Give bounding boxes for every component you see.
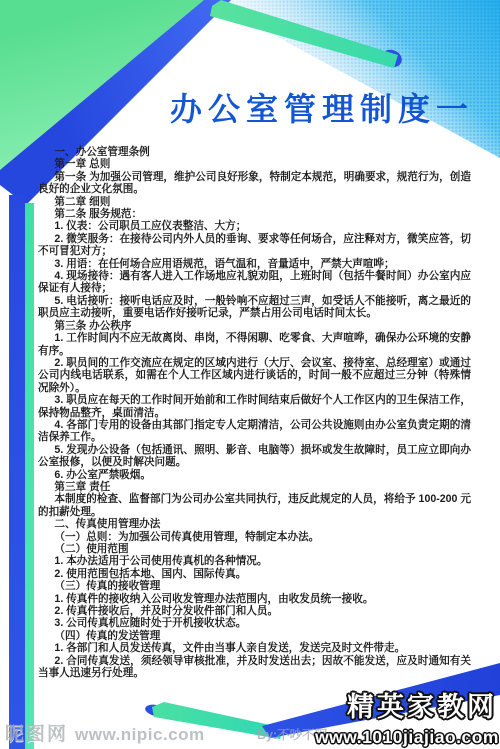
document-paragraph: 1. 仪表：公司职员工应仪表整洁、大方； [38, 220, 471, 232]
document-paragraph: 2. 微笑服务：在接待公司内外人员的垂询、要求等任何场合，应注释对方，微笑应答，… [38, 233, 471, 258]
document-paragraph: 2. 传真件接收后，并及时分发收件部门和人员。 [38, 605, 471, 617]
watermark-nipic-url: www.nipic.com [75, 725, 205, 744]
watermark-nipic: 昵图网www.nipic.com [5, 719, 205, 746]
document-paragraph: 二、传真使用管理办法 [38, 518, 471, 530]
document-paragraph: （三）传真的接收管理 [38, 580, 471, 592]
document-paragraph: 2. 职员间的工作交流应在规定的区域内进行（大厅、会议室、接待室、总经理室）或通… [38, 357, 471, 394]
poster-page: 办公室管理制度一 一、办公室管理条例第一章 总则第一条 为加强公司管理，维护公司… [0, 0, 500, 749]
document-paragraph: 1. 本办法适用于公司使用传真机的各种情况。 [38, 555, 471, 567]
document-paragraph: 4. 各部门专用的设备由其部门指定专人定期清洁，公司公共设施则由办公室负责定期的… [38, 419, 471, 444]
document-paragraph: 第一条 为加强公司管理，维护公司良好形象，特制定本规范，明确要求，规范行为，创造… [38, 171, 471, 196]
document-paragraph: 第二条 服务规范： [38, 208, 471, 220]
document-paragraph: 本制度的检查、监督部门为公司办公室共同执行，违反此规定的人员，将给予 100-2… [38, 493, 471, 518]
document-paragraph: 第二章 细则 [38, 196, 471, 208]
document-paragraph: 1. 工作时间内不应无故离岗、串岗，不得闲聊、吃零食、大声喧哗，确保办公环境的安… [38, 332, 471, 357]
watermark-brand-url: www.1010jiajiao.com [315, 727, 499, 748]
document-paragraph: 5. 发现办公设备（包括通讯、照明、影音、电脑等）损坏或发生故障时，员工应立即向… [38, 444, 471, 469]
deco-roof-ribbon-green [208, 0, 408, 75]
document-body: 一、办公室管理条例第一章 总则第一条 为加强公司管理，维护公司良好形象，特制定本… [38, 146, 471, 679]
document-paragraph: （二）使用范围 [38, 543, 471, 555]
document-paragraph: 一、办公室管理条例 [38, 146, 471, 158]
document-paragraph: 2. 使用范围包括本地、国内、国际传真。 [38, 568, 471, 580]
page-title: 办公室管理制度一 [170, 84, 474, 130]
document-paragraph: 第三章 责任 [38, 481, 471, 493]
document-paragraph: 2. 合同传真发送，须经领导审核批准，并及时发送出去；因故不能发送，应及时通知有… [38, 655, 471, 680]
document-paragraph: （四）传真的发送管理 [38, 630, 471, 642]
deco-left-ribbon-blue [9, 195, 25, 749]
watermark-nipic-logo: 昵图网 [5, 724, 68, 745]
document-paragraph: 3. 职员应在每天的工作时间开始前和工作时间结束后做好个人工作区内的卫生保洁工作… [38, 394, 471, 419]
roof-ribbon-stripe [208, 0, 408, 75]
document-paragraph: 1. 传真件的接收纳入公司收发管理办法范围内，由收发员统一接收。 [38, 593, 471, 605]
document-paragraph: 3. 用语：在任何场合应用语规范，语气温和，音量适中，严禁大声喧哗； [38, 258, 471, 270]
watermark-brand: 精英家教网 [347, 685, 497, 724]
document-paragraph: 第一章 总则 [38, 158, 471, 170]
document-paragraph: 1. 各部门和人员发送传真，文件由当事人亲自发送，发送完及时文件带走。 [38, 642, 471, 654]
document-paragraph: 3. 公司传真机应随时处于开机接收状态。 [38, 617, 471, 629]
document-paragraph: 4. 现场接待：遇有客人进入工作场地应礼貌劝阻，上班时间（包括牛餐时间）办公室内… [38, 270, 471, 295]
document-paragraph: 6. 办公室严禁吸烟。 [38, 469, 471, 481]
document-paragraph: 第三条 办公秩序 [38, 320, 471, 332]
deco-left-ribbon-teal [25, 203, 34, 749]
document-paragraph: 5. 电话接听：接听电话应及时，一般铃响不应超过三声，如受话人不能接听，离之最近… [38, 295, 471, 320]
document-paragraph: （一）总则：为加强公司传真使用管理，特制定本办法。 [38, 531, 471, 543]
